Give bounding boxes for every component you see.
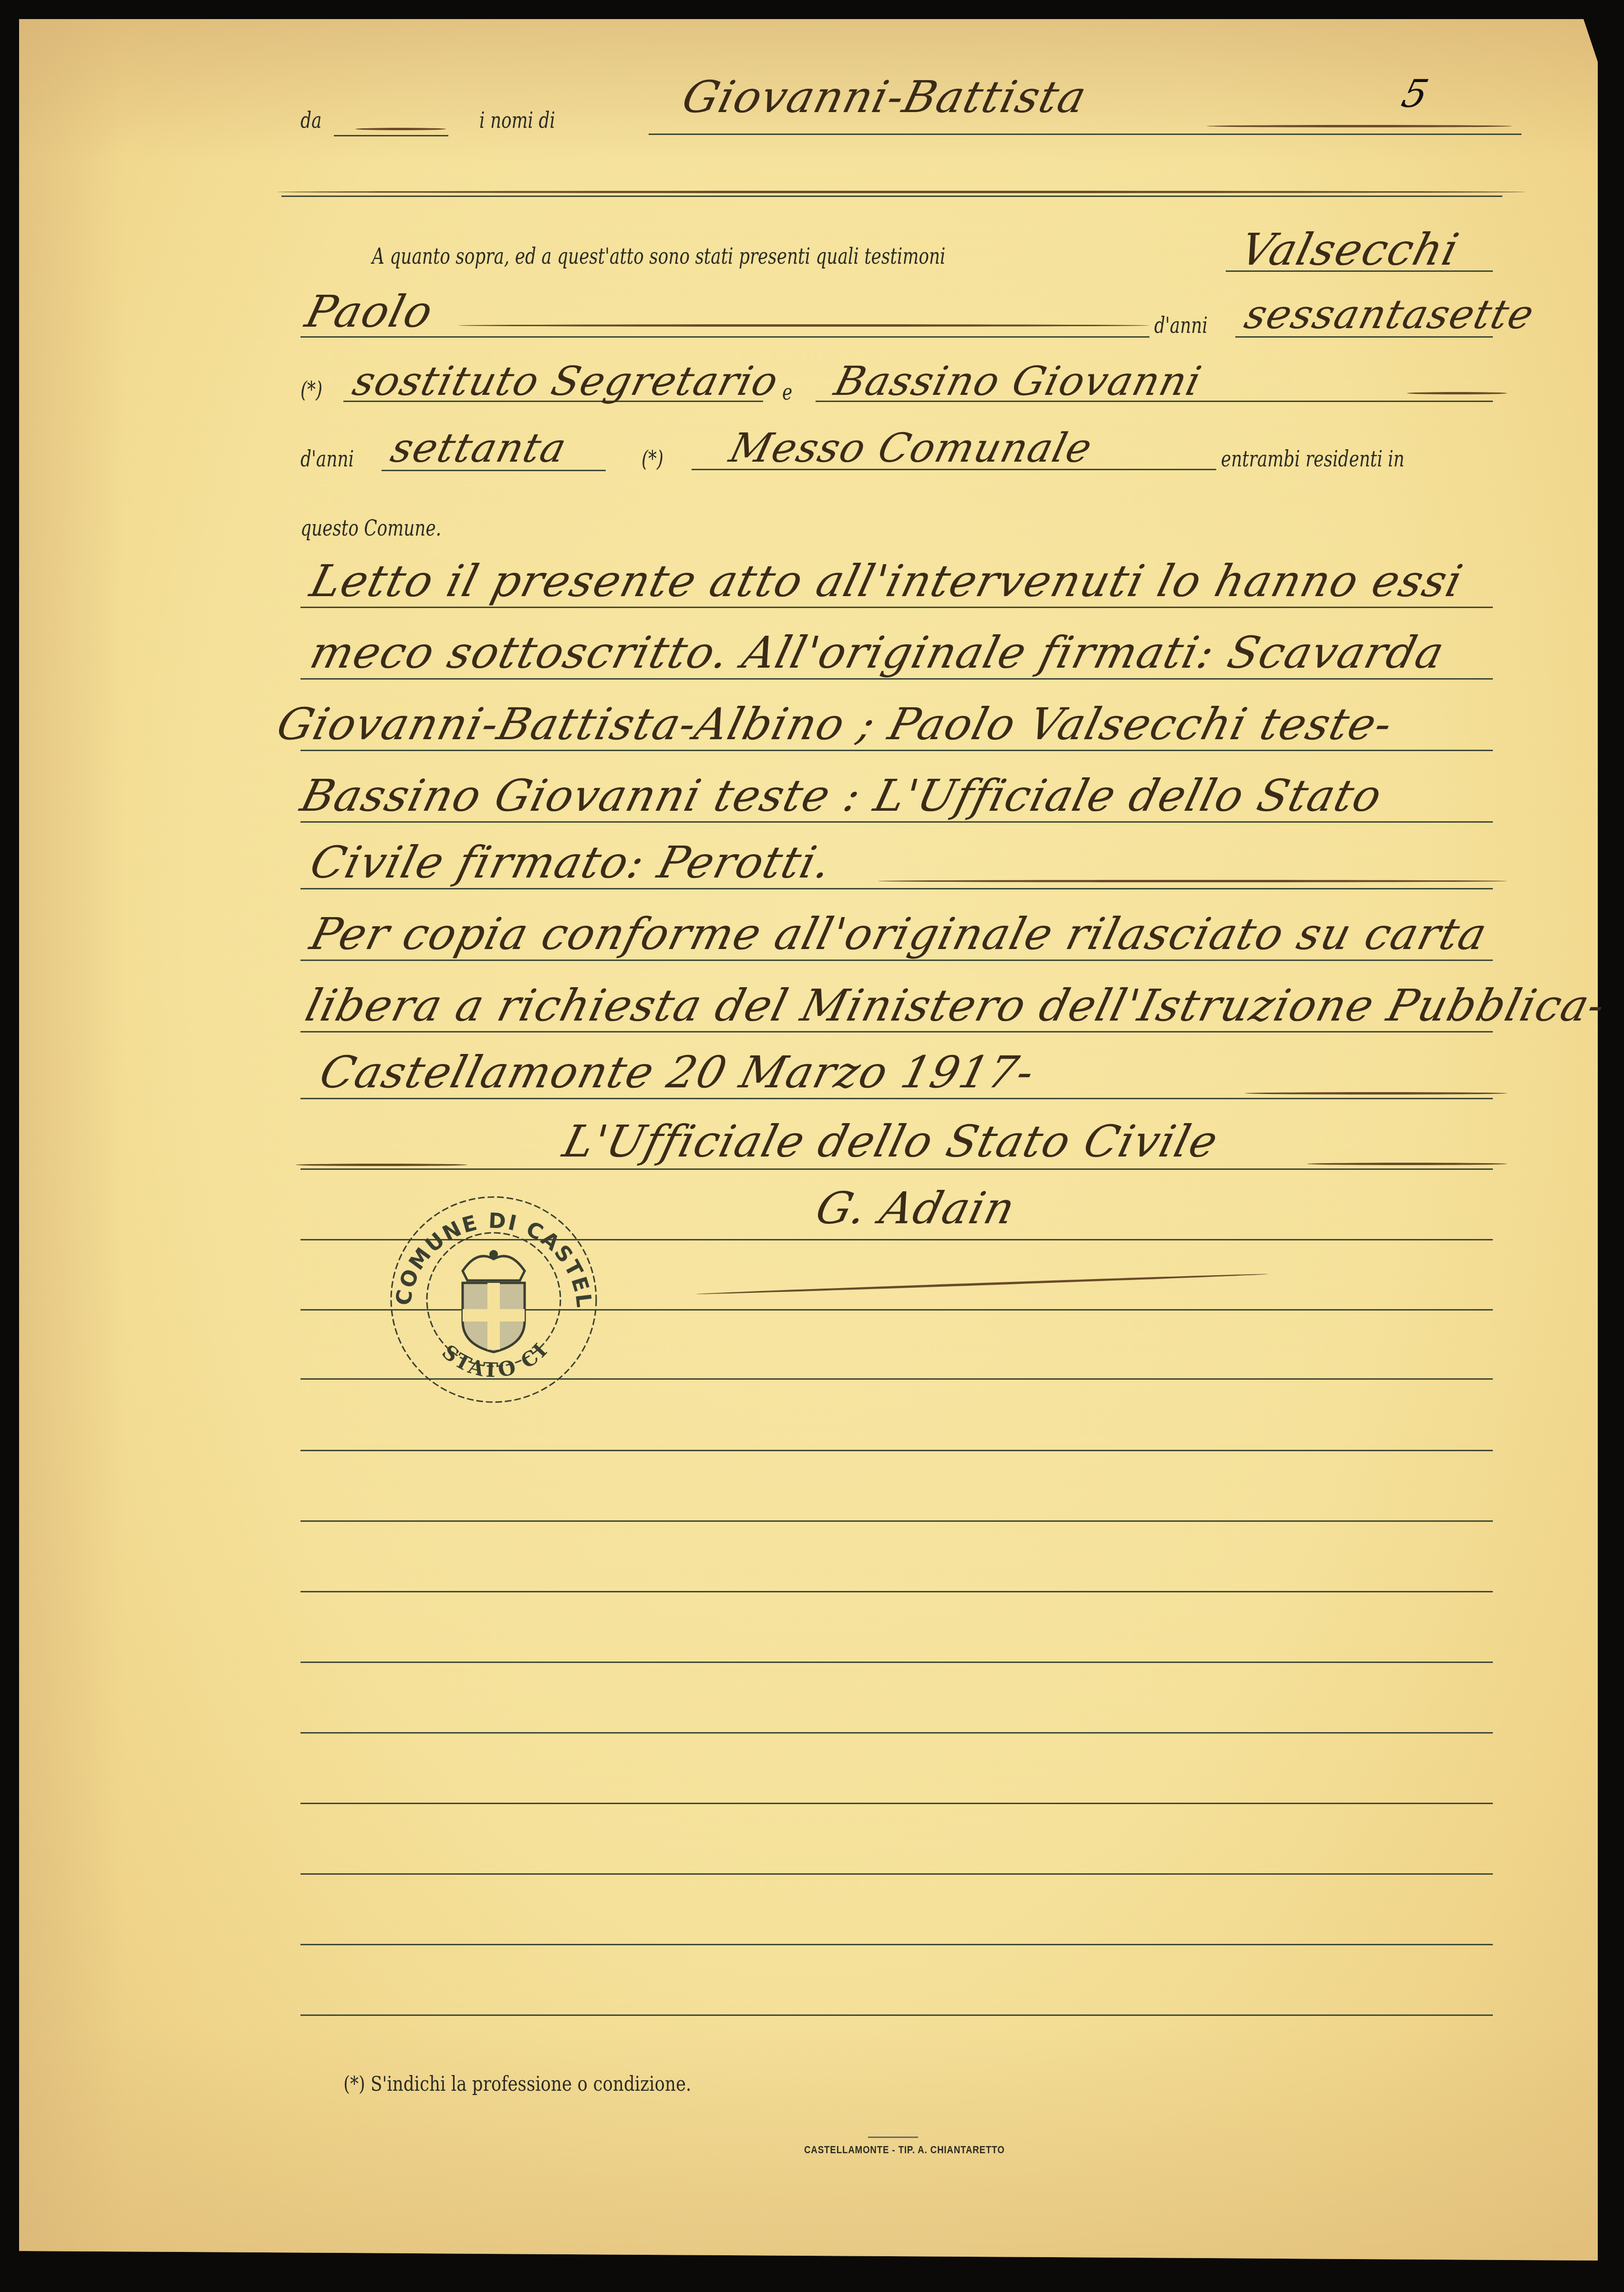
rule-line [300, 1944, 1493, 1945]
body-line-8: Castellamonte 20 Marzo 1917- [315, 1047, 1040, 1098]
filler-stroke [1245, 1092, 1507, 1094]
printer-imprint: CASTELLAMONTE - TIP. A. CHIANTARETTO [804, 2144, 1005, 2156]
witness2-profession: Messo Comunale [725, 424, 1097, 471]
rule-line [300, 750, 1493, 751]
rule-line [300, 1873, 1493, 1875]
label-da: da [300, 107, 321, 133]
signature-title: L'Ufficiale dello Stato Civile [558, 1116, 1223, 1167]
label-nomi: i nomi di [479, 107, 555, 133]
rule-line [300, 1662, 1493, 1663]
rule-line [300, 1591, 1493, 1592]
filler-stroke [277, 191, 1526, 193]
rule-line [334, 135, 448, 136]
body-line-6: Per copia conforme all'originale rilasci… [305, 909, 1492, 960]
residence-text: entrambi residenti in [1221, 446, 1405, 472]
rule-line [649, 134, 1521, 135]
label-age: d'anni [1154, 312, 1208, 338]
body-line-1: Letto il presente atto all'intervenuti l… [305, 556, 1468, 607]
filler-stroke [355, 128, 446, 130]
witness2-age: settanta [386, 424, 572, 471]
municipal-stamp: COMUNE DI CASTELLAMONTE STATO CIVILE [382, 1187, 606, 1412]
witness2-name: Bassino Giovanni [830, 358, 1207, 404]
body-line-5: Civile firmato: Perotti. [305, 837, 837, 888]
rule-line [300, 1520, 1493, 1522]
official-signature: G. Adain [811, 1183, 1021, 1234]
rule-line [300, 1031, 1493, 1032]
asterisk-note: (*) [300, 377, 322, 403]
body-line-3: Giovanni-Battista-Albino ; Paolo Valsecc… [272, 699, 1398, 750]
filler-stroke [1407, 392, 1507, 394]
body-line-2: meco sottoscritto. All'originale firmati… [305, 627, 1450, 678]
filler-stroke [296, 1164, 467, 1166]
rule-line [300, 607, 1493, 608]
rule-line [300, 2014, 1493, 2016]
asterisk-note: (*) [641, 446, 663, 472]
printer-ornament [868, 2137, 918, 2138]
footnote: (*) S'indichi la professione o condizion… [343, 2072, 691, 2096]
rule-line [300, 1168, 1493, 1170]
body-line-4: Bassino Giovanni teste : L'Ufficiale del… [296, 770, 1387, 821]
rule-line [300, 1098, 1493, 1099]
label-age: d'anni [300, 446, 354, 472]
rule-line [300, 336, 1149, 338]
body-line-7: libera a richiesta del Ministero dell'Is… [300, 980, 1611, 1031]
rule-line [300, 821, 1493, 823]
rule-line [300, 1732, 1493, 1734]
witness1-name: Paolo [300, 286, 439, 337]
rule-line [300, 888, 1493, 889]
rule-line [300, 960, 1493, 961]
witness1-surname: Valsecchi [1235, 224, 1464, 275]
paper-stain [19, 2022, 1598, 2261]
paper-stain [19, 19, 124, 2261]
rule-line [300, 1803, 1493, 1804]
rule-line [300, 1450, 1493, 1451]
filler-stroke [1207, 125, 1512, 127]
witnesses-intro: A quanto sopra, ed a quest'atto sono sta… [372, 243, 945, 269]
filler-stroke [458, 324, 1149, 327]
filler-stroke [1307, 1163, 1507, 1165]
conjunction: e [782, 379, 792, 405]
handwritten-names: Giovanni-Battista [677, 72, 1092, 123]
witness1-profession: sostituto Segretario [348, 358, 784, 404]
rule-line [281, 196, 1502, 197]
witness1-age: sessantasette [1240, 291, 1540, 338]
stamp-seal-icon: COMUNE DI CASTELLAMONTE STATO CIVILE [382, 1187, 606, 1412]
residence-text-2: questo Comune. [300, 515, 441, 541]
filler-stroke [878, 880, 1507, 882]
rule-line [300, 678, 1493, 680]
